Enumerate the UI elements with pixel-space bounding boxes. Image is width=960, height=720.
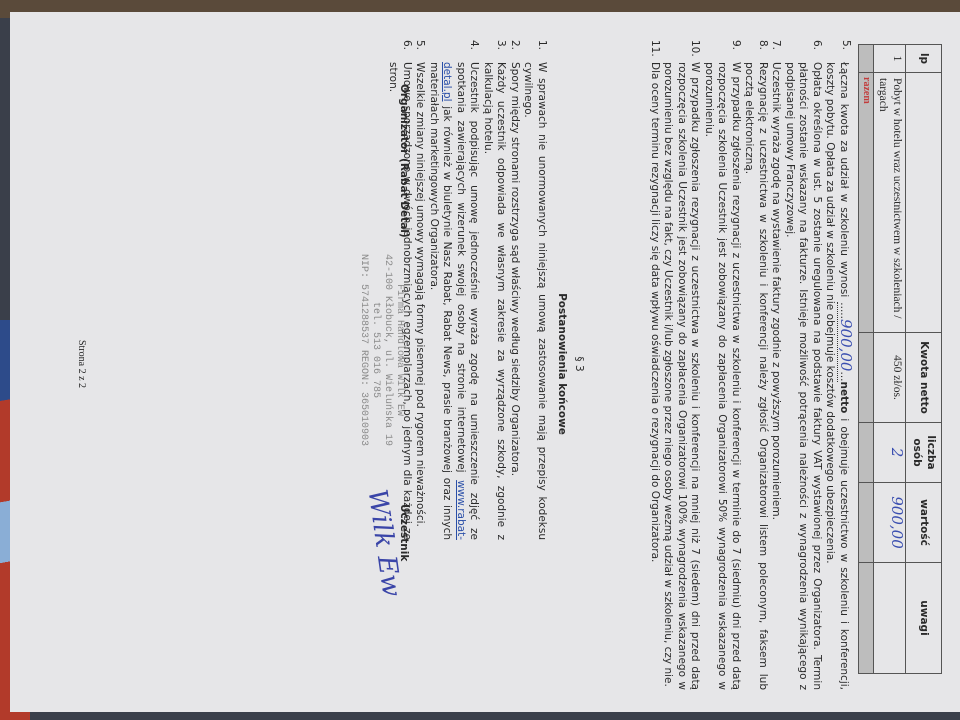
term-number: 11. (648, 40, 662, 62)
pricing-table: lp Kwota netto liczba osób wartość uwagi… (859, 44, 943, 674)
provision-text: W sprawach nie unormowanych niniejszą um… (521, 62, 548, 540)
term-text-part: Łączna kwota za udział w szkoleniu wynos… (838, 62, 850, 302)
provision-number: 1. (521, 40, 548, 62)
term-number: 10. (661, 40, 702, 62)
provision-text: Spory między stronami rozstrzyga sąd wła… (508, 62, 522, 476)
provision-text-part: jak również w biuletynie Nasz Rabat, Rab… (428, 62, 454, 540)
cell-persons: 2 (874, 423, 906, 483)
total-empty-cell (859, 563, 874, 674)
provision-item: 5.Wszelkie zmiany niniejszej umowy wymag… (413, 40, 427, 540)
term-text: Dla oceny terminu rezygnacji liczy się d… (648, 62, 662, 562)
term-item: 10.W przypadku zgłoszenia rezygnacji z u… (661, 40, 702, 690)
stamp-line: tel. 513 016 785 (369, 254, 381, 446)
term-bold: netto (838, 382, 850, 414)
stamp-line: Firma Handlowa Wilk Ew (393, 254, 405, 446)
term-number: 9. (702, 40, 743, 62)
term-text: Uczestnik wyraża zgodę na wystawienie fa… (769, 62, 783, 520)
table-header-row: lp Kwota netto liczba osób wartość uwagi (906, 45, 942, 674)
provision-number: 6. (386, 40, 413, 62)
total-empty-cell (859, 423, 874, 483)
company-stamp: Firma Handlowa Wilk Ew 42-100 Kłobuck, u… (357, 254, 405, 446)
provision-number: 2. (508, 40, 522, 62)
cell-lp: 1 (874, 45, 906, 73)
term-item: 8.Rezygnację z uczestnictwa w szkoleniu … (742, 40, 769, 690)
terms-list: 5. Łączna kwota za udział w szkoleniu wy… (648, 40, 853, 690)
handwritten-amount: 900,00 (837, 319, 855, 372)
provision-number: 4. (427, 40, 481, 62)
header-description (906, 73, 942, 333)
table-row: 1 Pobyt w hotelu wraz uczestnictwem w sz… (874, 45, 906, 674)
provision-item: 1.W sprawach nie unormowanych niniejszą … (521, 40, 548, 540)
total-empty-cell (859, 483, 874, 563)
header-net-amount: Kwota netto (906, 333, 942, 423)
term-item: 5. Łączna kwota za udział w szkoleniu wy… (823, 40, 852, 690)
section-number: § 3 (572, 14, 586, 714)
term-item: 11.Dla oceny terminu rezygnacji liczy si… (648, 40, 662, 690)
section-title: Postanowienia końcowe (555, 14, 569, 714)
total-empty-cell (859, 333, 874, 423)
term-text: Opłata określona w ust. 5 zostanie uregu… (783, 62, 824, 690)
term-item: 6.Opłata określona w ust. 5 zostanie ure… (783, 40, 824, 690)
term-number: 8. (742, 40, 769, 62)
provision-text: Każdy uczestnik odpowiada we własnym zak… (481, 62, 508, 540)
header-persons: liczba osób (906, 423, 942, 483)
provision-number: 5. (413, 40, 427, 62)
header-notes: uwagi (906, 563, 942, 674)
table-total-row: razem (859, 45, 874, 674)
final-provisions-list: 1.W sprawach nie unormowanych niniejszą … (386, 40, 548, 540)
header-lp: lp (906, 45, 942, 73)
organizer-label: Organizator (Rabat Detal) (397, 84, 411, 238)
cell-description: Pobyt w hotelu wraz uczestnictwem w szko… (874, 73, 906, 333)
cell-notes (874, 563, 906, 674)
page-footer: Strona 2 z 2 (75, 14, 89, 714)
provision-item: 4.Uczestnik podpisując umowę jednocześni… (427, 40, 481, 540)
document-page: lp Kwota netto liczba osób wartość uwagi… (20, 14, 960, 714)
blank-line: .....900,00... (837, 302, 850, 381)
total-label: razem (859, 73, 874, 333)
term-text: W przypadku zgłoszenia rezygnacji z ucze… (661, 62, 702, 690)
cell-value: 900,00 (874, 483, 906, 563)
provision-text-part: Uczestnik podpisując umowę jednocześnie … (455, 62, 481, 540)
provision-item: 2.Spory między stronami rozstrzyga sąd w… (508, 40, 522, 540)
total-empty-cell (859, 45, 874, 73)
stamp-line: NIP: 5741288537 REGON: 365010903 (357, 254, 369, 446)
provision-item: 3.Każdy uczestnik odpowiada we własnym z… (481, 40, 508, 540)
provision-number: 3. (481, 40, 508, 62)
term-number: 7. (769, 40, 783, 62)
term-text: Łączna kwota za udział w szkoleniu wynos… (823, 62, 852, 690)
stamp-line: 42-100 Kłobuck, ul. Wieluńska 19 (381, 254, 393, 446)
term-item: 7.Uczestnik wyraża zgodę na wystawienie … (769, 40, 783, 690)
participant-signature: Wilk Ew (369, 489, 397, 598)
cell-net-amount: 450 zł/os. (874, 333, 906, 423)
provision-text: Uczestnik podpisując umowę jednocześnie … (427, 62, 481, 540)
header-value: wartość (906, 483, 942, 563)
term-number: 5. (823, 40, 852, 62)
term-item: 9.W przypadku zgłoszenia rezygnacji z uc… (702, 40, 743, 690)
term-number: 6. (783, 40, 824, 62)
provision-text: Wszelkie zmiany niniejszej umowy wymagaj… (413, 62, 427, 527)
term-text: Rezygnację z uczestnictwa w szkoleniu i … (742, 62, 769, 690)
term-text: W przypadku zgłoszenia rezygnacji z ucze… (702, 62, 743, 690)
